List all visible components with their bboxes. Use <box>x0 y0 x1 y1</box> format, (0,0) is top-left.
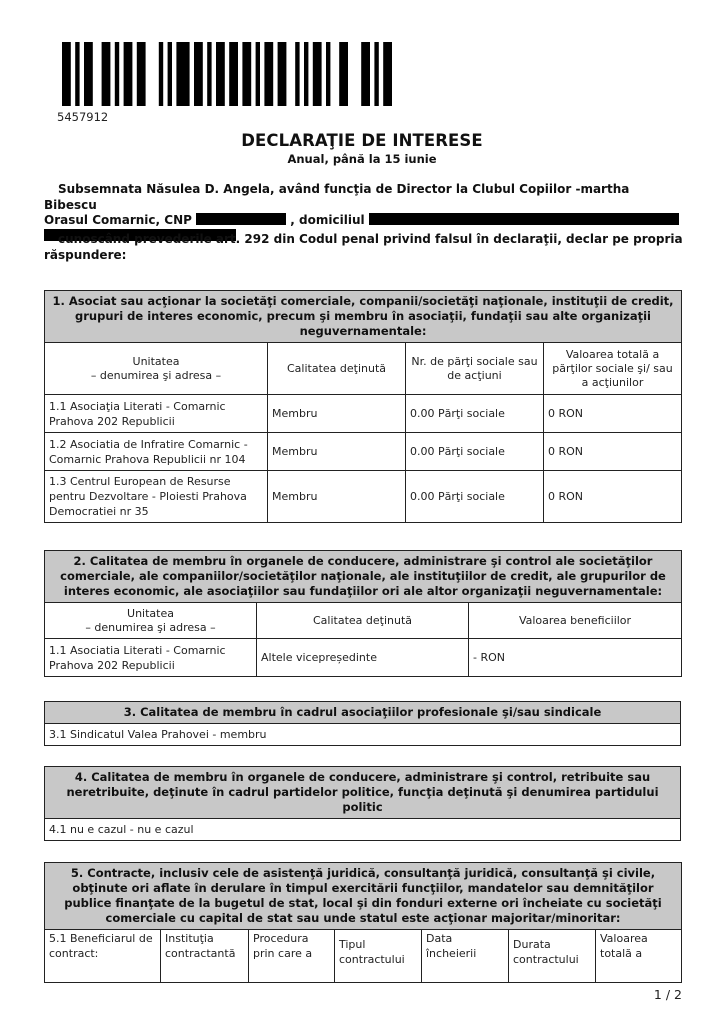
cell-calitatea: Membru <box>268 433 406 471</box>
cell-entry: 3.1 Sindicatul Valea Prahovei - membru <box>45 724 681 746</box>
cell-unitatea: 1.3 Centrul European de Resurse pentru D… <box>45 471 268 523</box>
col-valoarea: Valoarea totală a <box>596 930 682 983</box>
document-subtitle: Anual, până la 15 iunie <box>0 152 724 166</box>
cell-entry: 4.1 nu e cazul - nu e cazul <box>45 819 681 841</box>
cell-unitatea: 1.2 Asociatia de Infratire Comarnic - Co… <box>45 433 268 471</box>
col-institutia: Instituţia contractantă <box>161 930 249 983</box>
col-procedura: Procedura prin care a <box>249 930 335 983</box>
table-row: 4.1 nu e cazul - nu e cazul <box>45 819 681 841</box>
section-1-title: 1. Asociat sau acţionar la societăţi com… <box>45 291 682 343</box>
page-number: 1 / 2 <box>654 987 682 1002</box>
section-4-table: 4. Calitatea de membru în organele de co… <box>44 766 681 841</box>
section-1-table: 1. Asociat sau acţionar la societăţi com… <box>44 290 682 523</box>
table-row: 1.2 Asociatia de Infratire Comarnic - Co… <box>45 433 682 471</box>
intro-line-2a: Orasul Comarnic, CNP <box>44 213 192 227</box>
col-calitatea: Calitatea deţinută <box>257 603 469 639</box>
cell-nr-parti: 0.00 Părţi sociale <box>406 433 544 471</box>
table-row: 1.1 Asociatia Literati - Comarnic Prahov… <box>45 639 682 677</box>
cell-nr-parti: 0.00 Părţi sociale <box>406 395 544 433</box>
cell-calitatea: Membru <box>268 395 406 433</box>
cell-valoarea: 0 RON <box>544 395 682 433</box>
col-tipul: Tipul contractului <box>335 930 422 983</box>
intro-line-2b: , domiciliul <box>290 213 364 227</box>
col-data: Data încheierii <box>422 930 509 983</box>
declaration-text: cunoscând prevederile art. 292 din Codul… <box>44 232 683 262</box>
redacted-cnp <box>196 213 286 225</box>
declaration-paragraph: cunoscând prevederile art. 292 din Codul… <box>44 232 684 263</box>
cell-valoarea: 0 RON <box>544 471 682 523</box>
redacted-address <box>369 213 679 225</box>
section-2-table: 2. Calitatea de membru în organele de co… <box>44 550 682 677</box>
col-unitatea: Unitatea – denumirea şi adresa – <box>45 603 257 639</box>
col-calitatea: Calitatea deţinută <box>268 343 406 395</box>
col-nr-parti: Nr. de părţi sociale sau de acţiuni <box>406 343 544 395</box>
cell-valoarea: 0 RON <box>544 433 682 471</box>
section-5-table: 5. Contracte, inclusiv cele de asistenţă… <box>44 862 682 983</box>
cell-nr-parti: 0.00 Părţi sociale <box>406 471 544 523</box>
section-3-table: 3. Calitatea de membru în cadrul asociaţ… <box>44 701 681 746</box>
document-title: DECLARAŢIE DE INTERESE <box>0 131 724 150</box>
col-unitatea: Unitatea – denumirea şi adresa – <box>45 343 268 395</box>
barcode-number: 5457912 <box>57 110 108 124</box>
cell-unitatea: 1.1 Asociatia Literati - Comarnic Prahov… <box>45 639 257 677</box>
section-3-title: 3. Calitatea de membru în cadrul asociaţ… <box>45 702 681 724</box>
cell-valoarea-beneficiilor: - RON <box>469 639 682 677</box>
table-row: 1.3 Centrul European de Resurse pentru D… <box>45 471 682 523</box>
col-valoarea: Valoarea totală a părţilor sociale şi/ s… <box>544 343 682 395</box>
section-5-title: 5. Contracte, inclusiv cele de asistenţă… <box>45 863 682 930</box>
cell-calitatea: Membru <box>268 471 406 523</box>
intro-line-1: Subsemnata Năsulea D. Angela, având func… <box>44 182 629 212</box>
col-durata: Durata contractului <box>509 930 596 983</box>
section-2-title: 2. Calitatea de membru în organele de co… <box>45 551 682 603</box>
cell-unitatea: 1.1 Asociaţia Literati - Comarnic Prahov… <box>45 395 268 433</box>
table-row: 1.1 Asociaţia Literati - Comarnic Prahov… <box>45 395 682 433</box>
col-valoarea-beneficiilor: Valoarea beneficiilor <box>469 603 682 639</box>
section-4-title: 4. Calitatea de membru în organele de co… <box>45 767 681 819</box>
col-beneficiarul: 5.1 Beneficiarul de contract: <box>45 930 161 983</box>
barcode <box>62 42 392 106</box>
cell-calitatea: Altele vicepreședinte <box>257 639 469 677</box>
table-row: 3.1 Sindicatul Valea Prahovei - membru <box>45 724 681 746</box>
